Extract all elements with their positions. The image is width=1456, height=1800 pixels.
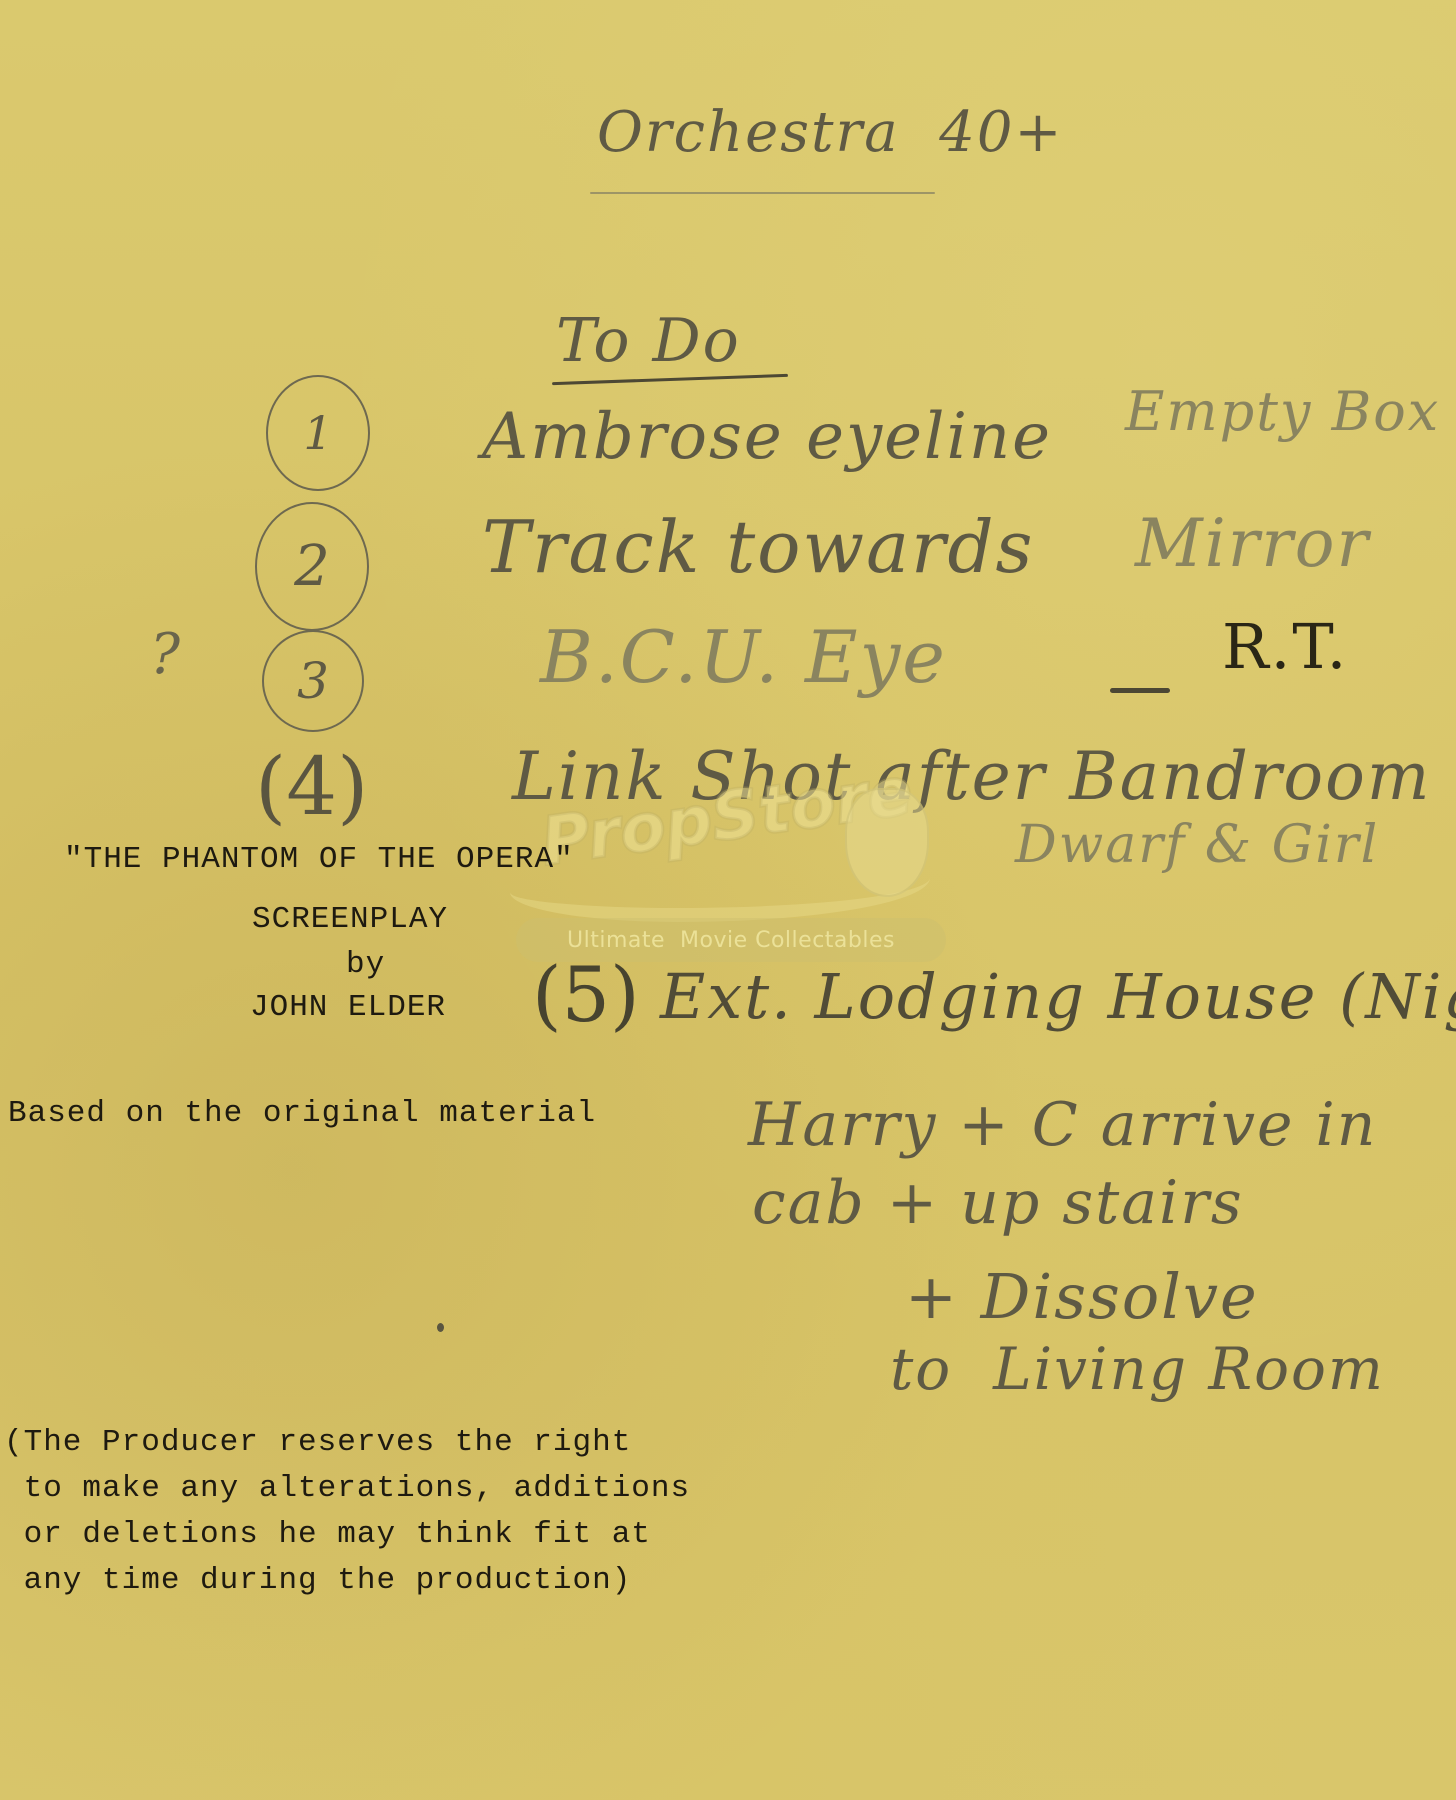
item-number: 5	[562, 950, 610, 1039]
todo-item-text: B.C.U. Eye	[540, 615, 947, 699]
item-number: 1	[303, 406, 332, 460]
producer-disclaimer: (The Producer reserves the right to make…	[4, 1420, 690, 1604]
orchestra-underline	[590, 192, 935, 194]
todo-item-aside: R.T.	[1222, 610, 1348, 683]
todo-heading: To Do	[556, 306, 741, 376]
todo-item-aside: Mirror	[1135, 505, 1370, 582]
item-number-circle: 3	[262, 630, 364, 732]
continuation-note: cab + up stairs	[752, 1168, 1244, 1238]
document-type: SCREENPLAY	[252, 902, 448, 937]
author-name: JOHN ELDER	[250, 990, 446, 1025]
by-label: by	[346, 947, 385, 982]
item-number-circle: 1	[266, 375, 370, 491]
disclaimer-line: (The Producer reserves the right	[4, 1420, 690, 1466]
todo-item-text: Track towards	[482, 505, 1035, 589]
screenplay-title-page: Orchestra 40+ To Do 1 Ambrose eyeline Em…	[0, 0, 1456, 1800]
todo-item-text: Ext. Lodging House (Night)	[660, 960, 1456, 1033]
item-number-paren: (4)	[255, 740, 368, 833]
todo-item-aside: Empty Box	[1125, 380, 1440, 443]
disclaimer-line: to make any alterations, additions	[4, 1466, 690, 1512]
item-number: 4	[286, 740, 337, 833]
based-on-line: Based on the original material	[8, 1096, 596, 1131]
todo-item-text: Link Shot after Bandroom	[512, 738, 1431, 815]
orchestra-note: Orchestra 40+	[597, 100, 1063, 165]
continuation-note: to Living Room	[890, 1335, 1385, 1403]
item-number: 2	[294, 534, 330, 599]
item-number-paren: (5)	[532, 950, 640, 1039]
pencil-dot	[437, 1323, 444, 1332]
disclaimer-line: any time during the production)	[4, 1558, 690, 1604]
item-number-circle: 2	[255, 502, 369, 631]
disclaimer-line: or deletions he may think fit at	[4, 1512, 690, 1558]
screenplay-title: "THE PHANTOM OF THE OPERA"	[64, 842, 574, 877]
item-number: 3	[297, 652, 329, 710]
todo-item-aside: Dwarf & Girl	[1015, 815, 1379, 875]
dash-mark	[1110, 688, 1170, 693]
todo-item-text: Ambrose eyeline	[482, 400, 1052, 474]
continuation-note: + Dissolve	[905, 1260, 1259, 1333]
continuation-note: Harry + C arrive in	[748, 1090, 1377, 1160]
margin-question-mark: ?	[150, 622, 182, 687]
